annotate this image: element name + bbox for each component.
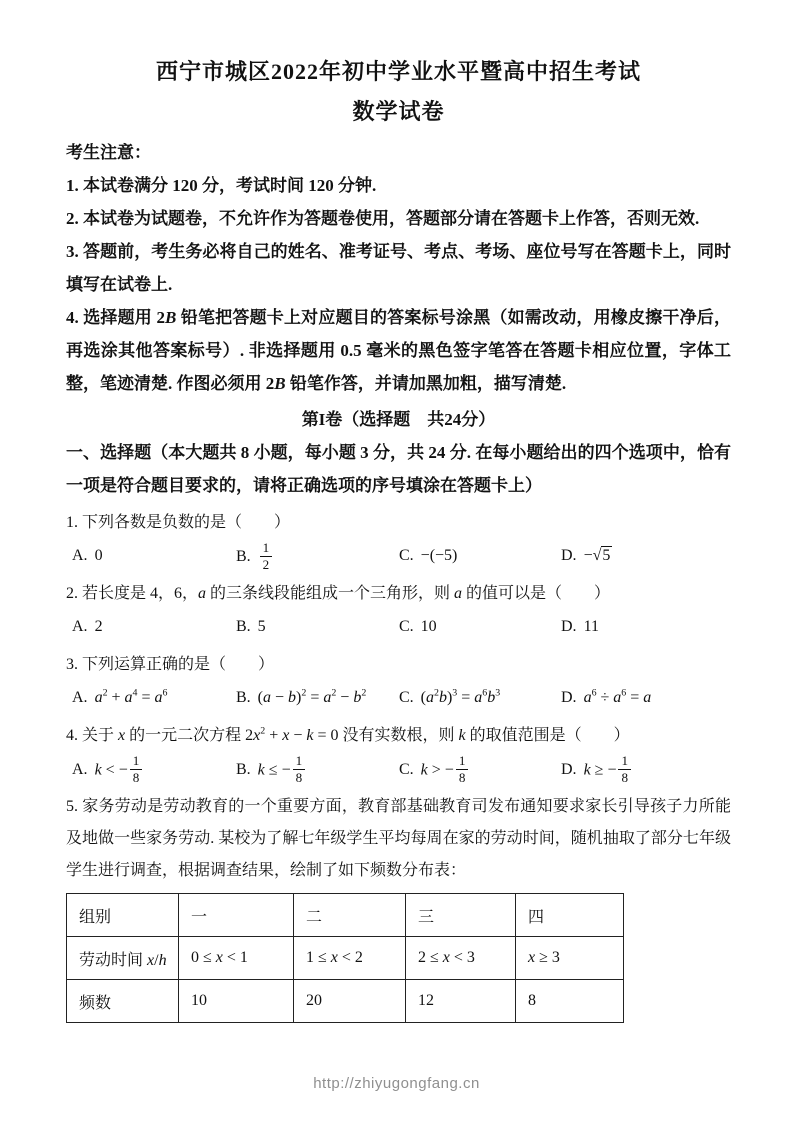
option-A: A.a2 + a4 = a6 <box>72 689 236 707</box>
option-label: C. <box>399 761 414 778</box>
table-cell: 10 <box>179 980 294 1023</box>
table-cell: 12 <box>406 980 516 1023</box>
notice-item-1: 1. 本试卷满分 120 分，考试时间 120 分钟. <box>66 169 731 202</box>
question-5: 5. 家务劳动是劳动教育的一个重要方面，教育部基础教育司发布通知要求家长引导孩子… <box>66 791 731 1023</box>
option-label: B. <box>236 689 251 706</box>
option-B: B.(a − b)2 = a2 − b2 <box>236 689 399 707</box>
option-C: C.(a2b)3 = a6b3 <box>399 689 561 707</box>
section1-intro: 一、选择题（本大题共 8 小题，每小题 3 分，共 24 分. 在每小题给出的四… <box>66 436 731 502</box>
table-cell: 四 <box>516 894 624 937</box>
table-cell: 1 ≤ x < 2 <box>294 937 406 980</box>
notice-section: 考生注意： 1. 本试卷满分 120 分，考试时间 120 分钟. 2. 本试卷… <box>66 136 731 400</box>
notice-item-2: 2. 本试卷为试题卷，不允许作为答题卷使用，答题部分请在答题卡上作答，否则无效. <box>66 202 731 235</box>
table-row: 劳动时间 x/h0 ≤ x < 11 ≤ x < 22 ≤ x < 3x ≥ 3 <box>67 937 624 980</box>
table-row: 频数1020128 <box>67 980 624 1023</box>
table-cell: 三 <box>406 894 516 937</box>
option-A: A.0 <box>72 547 236 565</box>
question-4: 4. 关于 x 的一元二次方程 2x2 + x − k = 0 没有实数根，则 … <box>66 720 731 786</box>
fraction: 18 <box>293 754 306 785</box>
option-B: B.12 <box>236 540 399 573</box>
option-label: B. <box>236 618 251 635</box>
question-5-stem: 5. 家务劳动是劳动教育的一个重要方面，教育部基础教育司发布通知要求家长引导孩子… <box>66 791 731 887</box>
option-A: A.2 <box>72 618 236 636</box>
table-cell: 0 ≤ x < 1 <box>179 937 294 980</box>
option-label: C. <box>399 618 414 635</box>
option-label: D. <box>561 547 577 564</box>
q5-frequency-table: 组别一二三四劳动时间 x/h0 ≤ x < 11 ≤ x < 22 ≤ x < … <box>66 893 624 1023</box>
fraction: 18 <box>456 754 469 785</box>
table-cell: 8 <box>516 980 624 1023</box>
option-label: D. <box>561 618 577 635</box>
question-1-options: A.0B.12C.−(−5)D.−√5 <box>66 539 731 573</box>
table-cell: 20 <box>294 980 406 1023</box>
notice-item-3: 3. 答题前，考生务必将自己的姓名、准考证号、考点、考场、座位号写在答题卡上，同… <box>66 235 731 301</box>
radical: √5 <box>593 546 613 564</box>
option-D: D.11 <box>561 618 731 636</box>
question-2: 2. 若长度是 4，6，a 的三条线段能组成一个三角形，则 a 的值可以是（ ）… <box>66 578 731 644</box>
option-label: A. <box>72 689 88 706</box>
fraction: 18 <box>618 754 631 785</box>
table-cell: 劳动时间 x/h <box>67 937 179 980</box>
table-cell: 组别 <box>67 894 179 937</box>
question-3: 3. 下列运算正确的是（ ） A.a2 + a4 = a6B.(a − b)2 … <box>66 649 731 715</box>
option-label: B. <box>236 548 251 565</box>
question-2-stem: 2. 若长度是 4，6，a 的三条线段能组成一个三角形，则 a 的值可以是（ ） <box>66 578 731 610</box>
notice-heading: 考生注意： <box>66 136 731 169</box>
option-D: D.−√5 <box>561 547 731 565</box>
question-3-stem: 3. 下列运算正确的是（ ） <box>66 649 731 681</box>
exam-page: 西宁市城区2022年初中学业水平暨高中招生考试 数学试卷 考生注意： 1. 本试… <box>0 0 793 1023</box>
question-2-options: A.2B.5C.10D.11 <box>66 610 731 644</box>
table-cell: x ≥ 3 <box>516 937 624 980</box>
exam-title: 西宁市城区2022年初中学业水平暨高中招生考试 <box>66 58 731 86</box>
table-row: 组别一二三四 <box>67 894 624 937</box>
option-label: C. <box>399 689 414 706</box>
question-1-stem: 1. 下列各数是负数的是（ ） <box>66 507 731 539</box>
option-C: C.k > −18 <box>399 753 561 786</box>
table-cell: 二 <box>294 894 406 937</box>
option-label: C. <box>399 547 414 564</box>
option-label: D. <box>561 689 577 706</box>
option-D: D.a6 ÷ a6 = a <box>561 689 731 707</box>
notice-item-4: 4. 选择题用 2B 铅笔把答题卡上对应题目的答案标号涂黑（如需改动，用橡皮擦干… <box>66 301 731 400</box>
fraction: 18 <box>130 754 143 785</box>
option-label: A. <box>72 761 88 778</box>
option-D: D.k ≥ −18 <box>561 753 731 786</box>
option-B: B.5 <box>236 618 399 636</box>
option-label: D. <box>561 761 577 778</box>
question-4-stem: 4. 关于 x 的一元二次方程 2x2 + x − k = 0 没有实数根，则 … <box>66 720 731 752</box>
exam-subtitle: 数学试卷 <box>66 98 731 126</box>
question-4-options: A.k < −18B.k ≤ −18C.k > −18D.k ≥ −18 <box>66 752 731 786</box>
question-3-options: A.a2 + a4 = a6B.(a − b)2 = a2 − b2C.(a2b… <box>66 681 731 715</box>
table-cell: 频数 <box>67 980 179 1023</box>
section1-header: 第I卷（选择题 共24分） <box>66 403 731 436</box>
option-label: B. <box>236 761 251 778</box>
question-1: 1. 下列各数是负数的是（ ） A.0B.12C.−(−5)D.−√5 <box>66 507 731 573</box>
option-A: A.k < −18 <box>72 753 236 786</box>
option-C: C.10 <box>399 618 561 636</box>
table-cell: 2 ≤ x < 3 <box>406 937 516 980</box>
fraction: 12 <box>260 541 273 572</box>
table-cell: 一 <box>179 894 294 937</box>
option-label: A. <box>72 618 88 635</box>
option-C: C.−(−5) <box>399 547 561 565</box>
option-label: A. <box>72 547 88 564</box>
option-B: B.k ≤ −18 <box>236 753 399 786</box>
footer-url: http://zhiyugongfang.cn <box>0 1075 793 1092</box>
